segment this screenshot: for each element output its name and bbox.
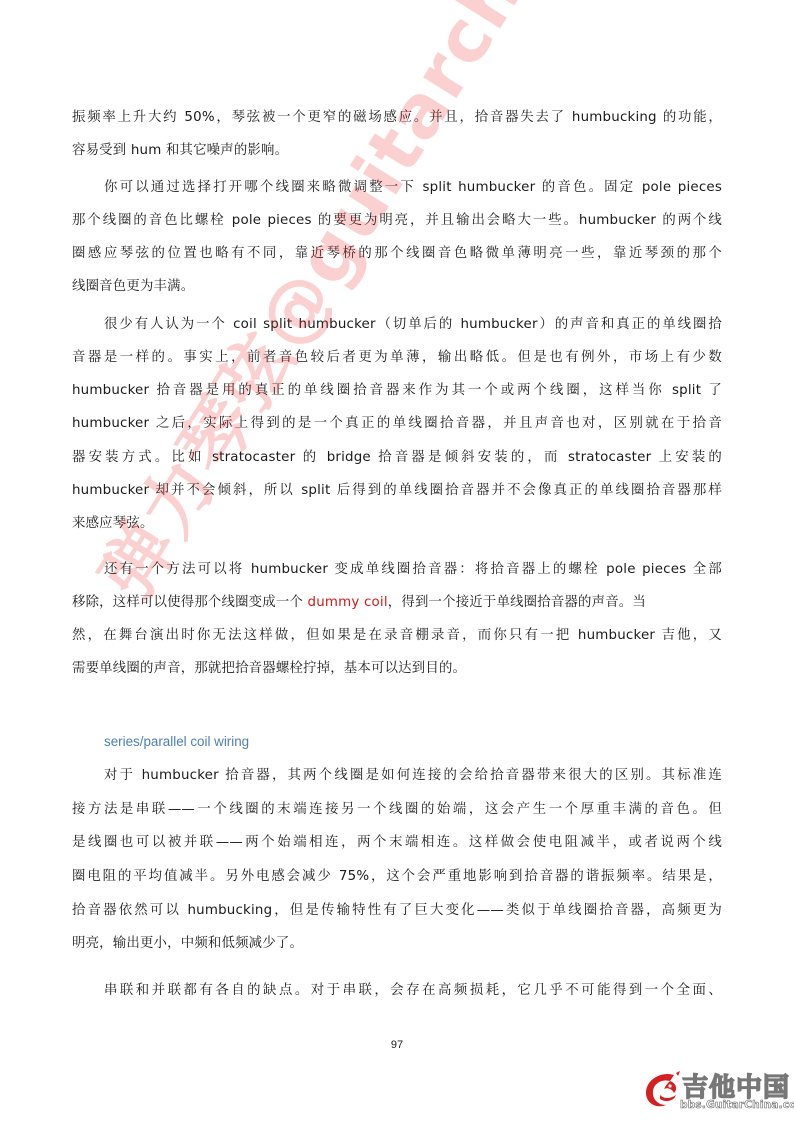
- paragraph-5-line-2: 接方法是串联——一个线圈的末端连接另一个线圈的始端，这会产生一个厚重丰满的音色。…: [72, 800, 722, 820]
- paragraph-4-line-2: 移除，这样可以使得那个线圈变成一个 dummy coil，得到一个接近于单线圈拾…: [72, 593, 722, 613]
- paragraph-4-line-2-start: 移除，这样可以使得那个线圈变成一个: [72, 595, 308, 610]
- paragraph-4-line-4: 需要单线圈的声音，那就把拾音器螺栓拧掉，基本可以达到目的。: [72, 659, 722, 679]
- paragraph-5-line-4: 圈电阻的平均值减半。另外电感会减少 75%，这个会严重地影响到拾音器的谐振频率。…: [72, 867, 722, 887]
- paragraph-3-line-5: 器安装方式。比如 stratocaster 的 bridge 拾音器是倾斜安装的…: [72, 448, 722, 468]
- paragraph-2-line-3: 圈感应琴弦的位置也略有不同，靠近琴桥的那个线圈音色略微单薄明亮一些，靠近琴颈的那…: [72, 244, 722, 264]
- dragon-logo-icon: [640, 1069, 682, 1111]
- paragraph-1-line-2: 容易受到 hum 和其它噪声的影响。: [72, 141, 722, 161]
- paragraph-3-line-6: humbucker 却并不会倾斜，所以 split 后得到的单线圈拾音器并不会像…: [72, 481, 722, 501]
- paragraph-6-line-1: 串联和并联都有各自的缺点。对于串联，会存在高频损耗，它几乎不可能得到一个全面、: [104, 981, 722, 1001]
- paragraph-5-line-1: 对于 humbucker 拾音器，其两个线圈是如何连接的会给拾音器带来很大的区别…: [104, 766, 722, 786]
- paragraph-4-line-1: 还有一个方法可以将 humbucker 变成单线圈拾音器：将拾音器上的螺栓 po…: [104, 560, 722, 580]
- site-logo: 吉他中国 bbs.GuitarChina.com: [640, 1065, 790, 1115]
- paragraph-4-line-3: 然，在舞台演出时你无法这样做，但如果是在录音棚录音，而你只有一把 humbuck…: [72, 626, 722, 646]
- logo-url: bbs.GuitarChina.com: [680, 1099, 794, 1111]
- paragraph-2-line-1: 你可以通过选择打开哪个线圈来略微调整一下 split humbucker 的音色…: [104, 178, 722, 198]
- paragraph-4-line-2-end: ，得到一个接近于单线圈拾音器的声音。当: [388, 595, 646, 610]
- paragraph-2-line-2: 那个线圈的音色比螺栓 pole pieces 的要更为明亮，并且输出会略大一些。…: [72, 211, 722, 231]
- paragraph-3-line-2: 音器是一样的。事实上，前者音色较后者更为单薄，输出略低。但是也有例外，市场上有少…: [72, 348, 722, 368]
- paragraph-3-line-3: humbucker 拾音器是用的真正的单线圈拾音器来作为其一个或两个线圈，这样当…: [72, 381, 722, 401]
- paragraph-3-line-7: 来感应琴弦。: [72, 514, 722, 534]
- page-number: 97: [0, 1039, 794, 1051]
- paragraph-3-line-4: humbucker 之后，实际上得到的是一个真正的单线圈拾音器，并且声音也对，区…: [72, 414, 722, 434]
- document-page: 振频率上升大约 50%，琴弦被一个更窄的磁场感应。并且，拾音器失去了 humbu…: [0, 0, 794, 1123]
- highlight-dummy-coil: dummy coil: [308, 595, 388, 610]
- section-heading: series/parallel coil wiring: [104, 732, 249, 752]
- paragraph-5-line-3: 是线圈也可以被并联——两个始端相连，两个末端相连。这样做会使电阻减半，或者说两个…: [72, 833, 722, 853]
- paragraph-1-line-1: 振频率上升大约 50%，琴弦被一个更窄的磁场感应。并且，拾音器失去了 humbu…: [72, 108, 722, 128]
- paragraph-2-line-4: 线圈音色更为丰满。: [72, 277, 722, 297]
- paragraph-5-line-5: 拾音器依然可以 humbucking，但是传输特性有了巨大变化——类似于单线圈拾…: [72, 901, 722, 921]
- paragraph-3-line-1: 很少有人认为一个 coil split humbucker（切单后的 humbu…: [104, 315, 722, 335]
- paragraph-5-line-6: 明亮，输出更小，中频和低频减少了。: [72, 934, 722, 954]
